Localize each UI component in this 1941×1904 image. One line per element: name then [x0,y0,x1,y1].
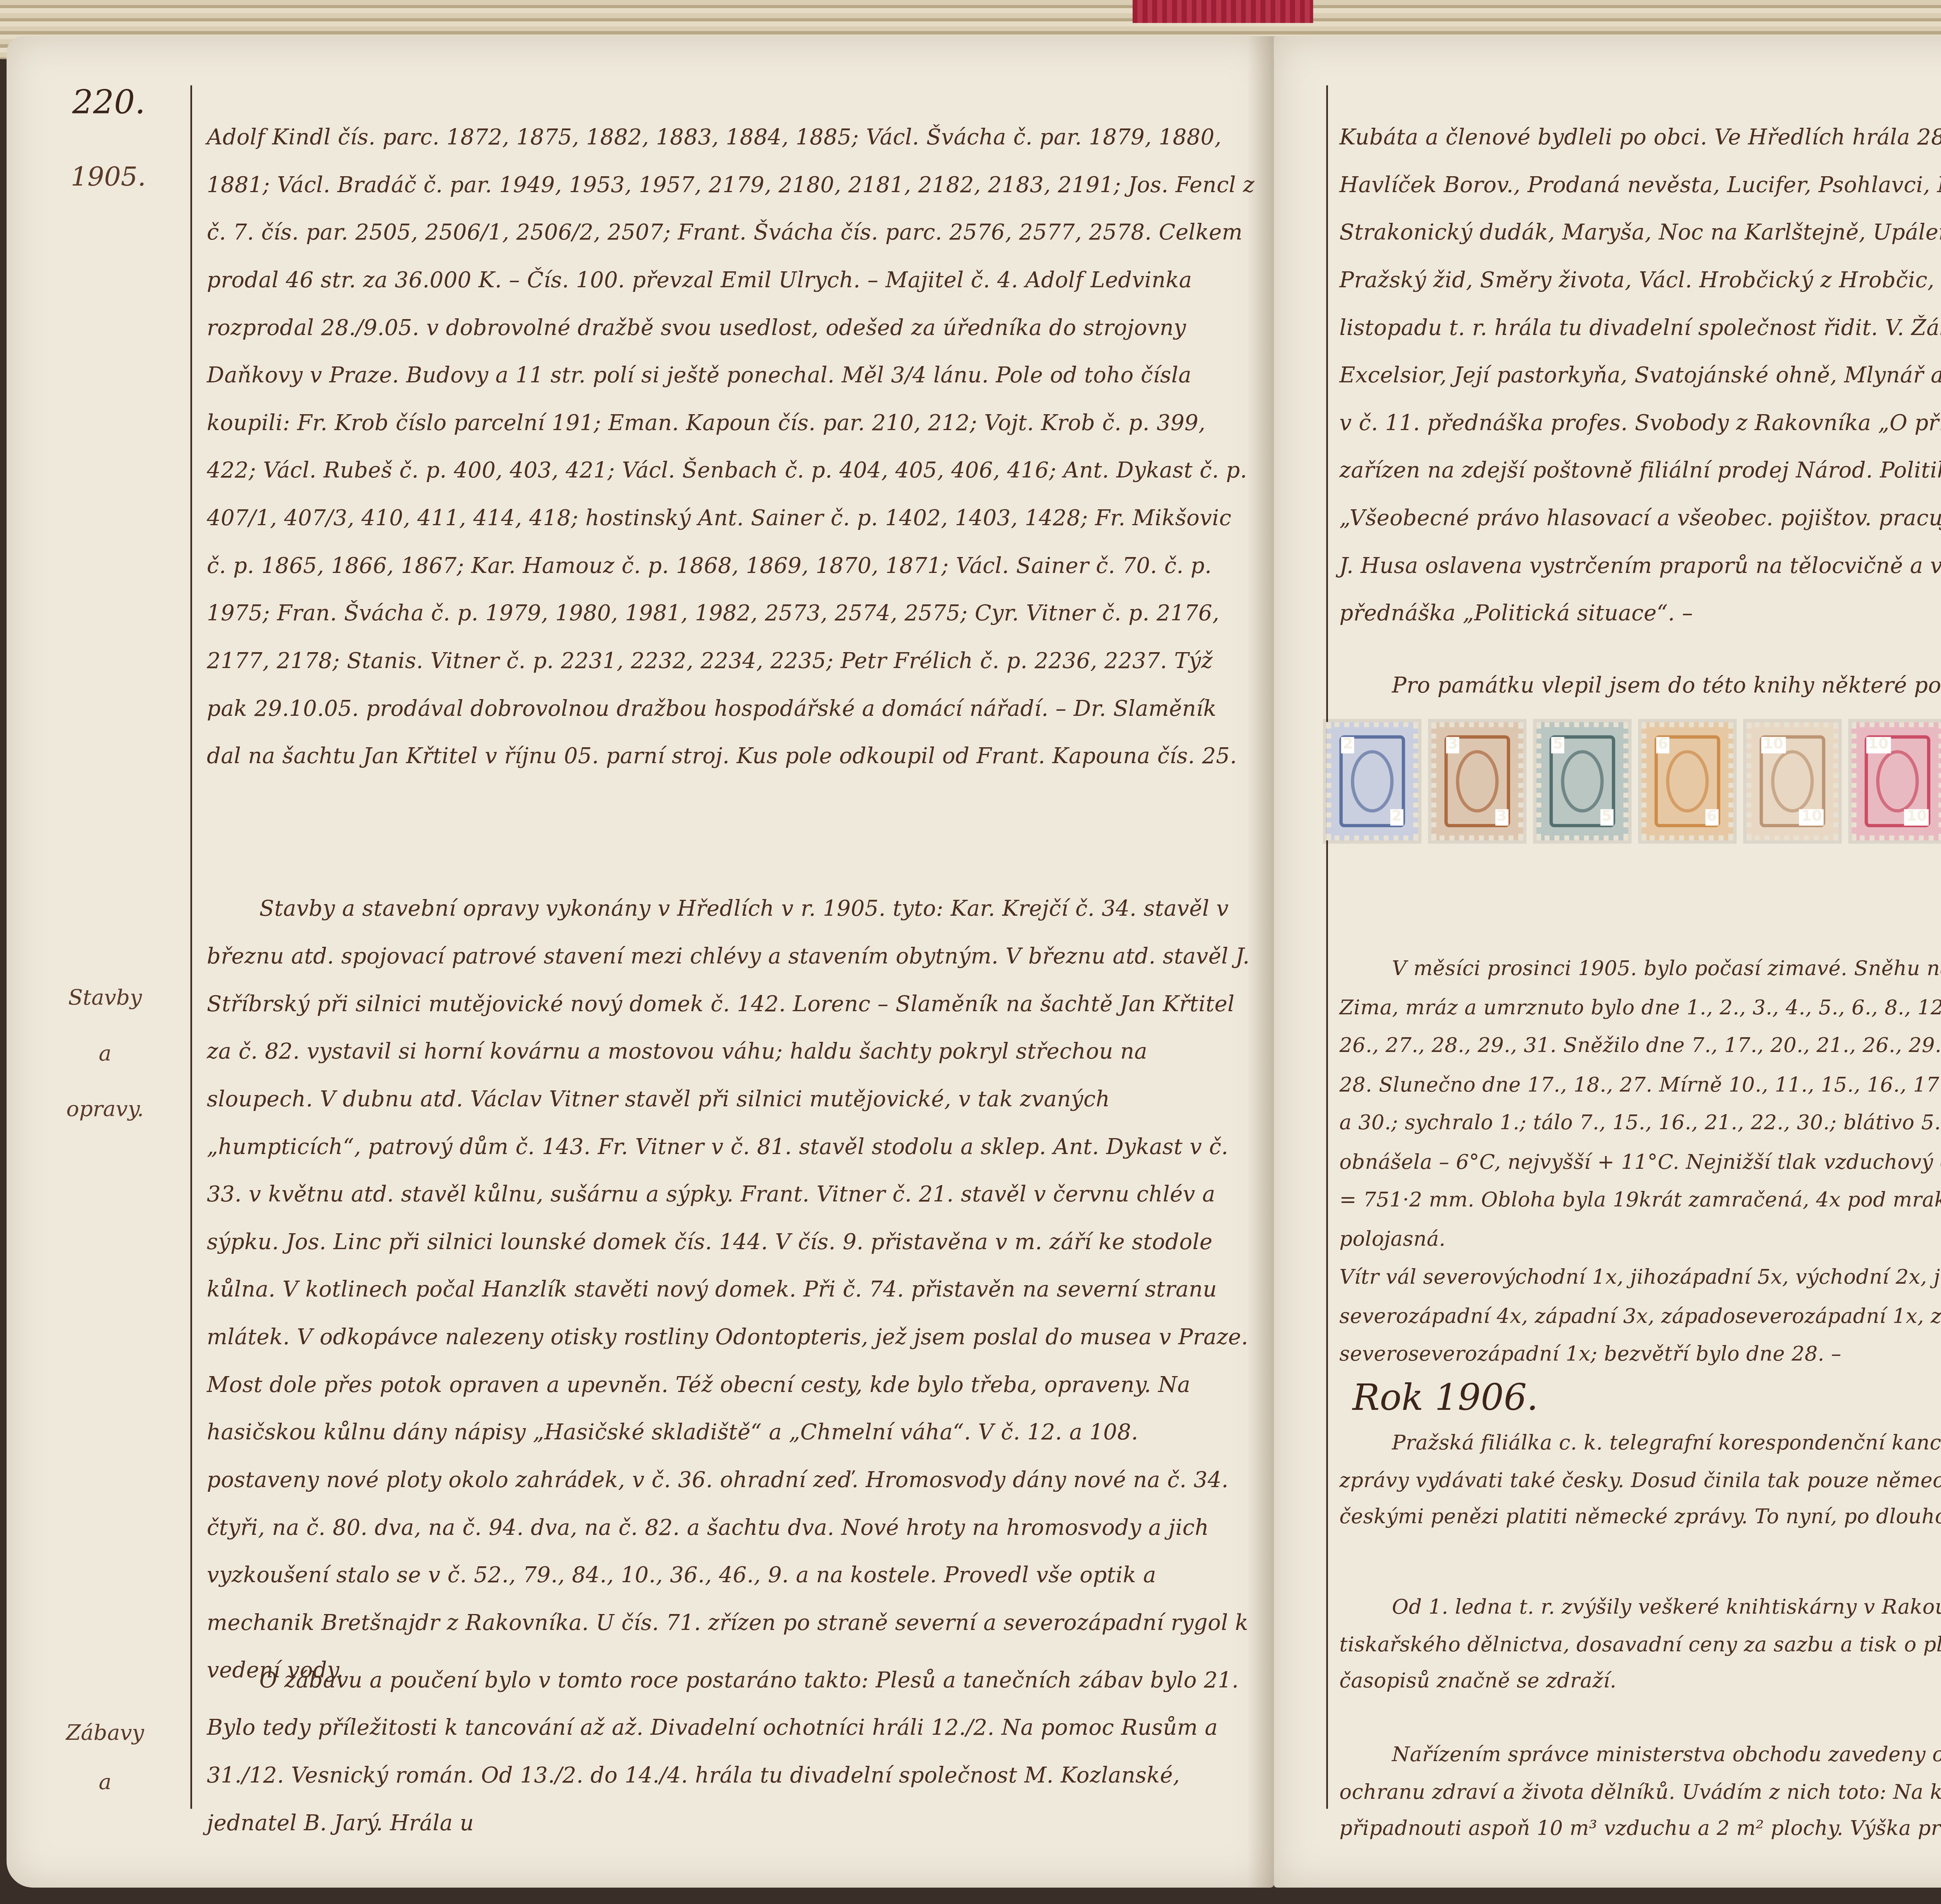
paragraph-text: Od 1. ledna t. r. zvýšily veškeré knihti… [1339,1589,1941,1699]
postage-stamp-6h: 6 6 [1641,722,1733,840]
margin-note-line: opravy. [39,1083,170,1139]
constructions-paragraph: Stavby a stavební opravy vykonány v Hřed… [207,886,1257,1696]
bookmark-ribbon [1133,0,1313,23]
paragraph-text: Kubáta a členové bydleli po obci. Ve Hře… [1339,115,1941,639]
page-number: 220. [72,82,145,121]
worker-safety-paragraph: Nařízením správce ministerstva obchodu z… [1339,1737,1941,1847]
right-page: 221. před- nášky. 1905. Počasí v prosinc… [1274,36,1941,1888]
postage-stamp-2h: 2 2 [1326,722,1418,840]
open-book-scan: 220. 1905. Stavby a opravy. Zábavy a Ado… [0,0,1941,1904]
margin-note-line: Zábavy [39,1710,170,1760]
postage-stamp-10h-red: 10 10 [1852,722,1941,840]
margin-year: 1905. [43,161,174,194]
margin-note-zabavy: Zábavy a [39,1710,170,1809]
left-rule [1326,85,1328,1809]
paragraph-text: Nařízením správce ministerstva obchodu z… [1339,1737,1941,1847]
telegraph-paragraph: Pražská filiálka c. k. telegrafní koresp… [1339,1425,1941,1535]
paragraph-text: Adolf Kindl čís. parc. 1872, 1875, 1882,… [207,115,1257,781]
postage-stamp-5h: 5 5 [1536,722,1628,840]
land-sales-paragraph: Adolf Kindl čís. parc. 1872, 1875, 1882,… [207,115,1257,781]
year-heading: Rok 1906. [1352,1379,1538,1420]
entertainment-paragraph: O zábavu a poučení bylo v tomto roce pos… [207,1658,1257,1848]
postage-stamps-row: 2 2 3 3 5 5 6 6 10 10 10 10 [1326,722,1941,853]
stamps-intro-paragraph: Pro památku vlepil jsem do této knihy ně… [1339,663,1941,711]
paragraph-text: Vítr vál severovýchodní 1x, jihozápadní … [1339,1257,1941,1373]
printing-prices-paragraph: Od 1. ledna t. r. zvýšily veškeré knihti… [1339,1589,1941,1699]
paragraph-text: Stavby a stavební opravy vykonány v Hřed… [207,886,1257,1696]
margin-note-line: a [39,1760,170,1809]
margin-note-stavby: Stavby a opravy. [39,972,170,1139]
paragraph-text: O zábavu a poučení bylo v tomto roce pos… [207,1658,1257,1848]
postage-stamp-10h-brown: 10 10 [1747,722,1839,840]
paragraph-text: V měsíci prosinci 1905. bylo počasí zima… [1339,949,1941,1257]
margin-note-line: Stavby [39,972,170,1028]
paragraph-text: Pro památku vlepil jsem do této knihy ně… [1339,663,1941,711]
margin-rule [190,85,192,1809]
paragraph-text: Pražská filiálka c. k. telegrafní koresp… [1339,1425,1941,1535]
theatre-lectures-paragraph: Kubáta a členové bydleli po obci. Ve Hře… [1339,115,1941,639]
weather-paragraph: V měsíci prosinci 1905. bylo počasí zima… [1339,949,1941,1373]
postage-stamp-3h: 3 3 [1431,722,1523,840]
margin-note-line: a [39,1028,170,1083]
left-page: 220. 1905. Stavby a opravy. Zábavy a Ado… [7,36,1274,1888]
